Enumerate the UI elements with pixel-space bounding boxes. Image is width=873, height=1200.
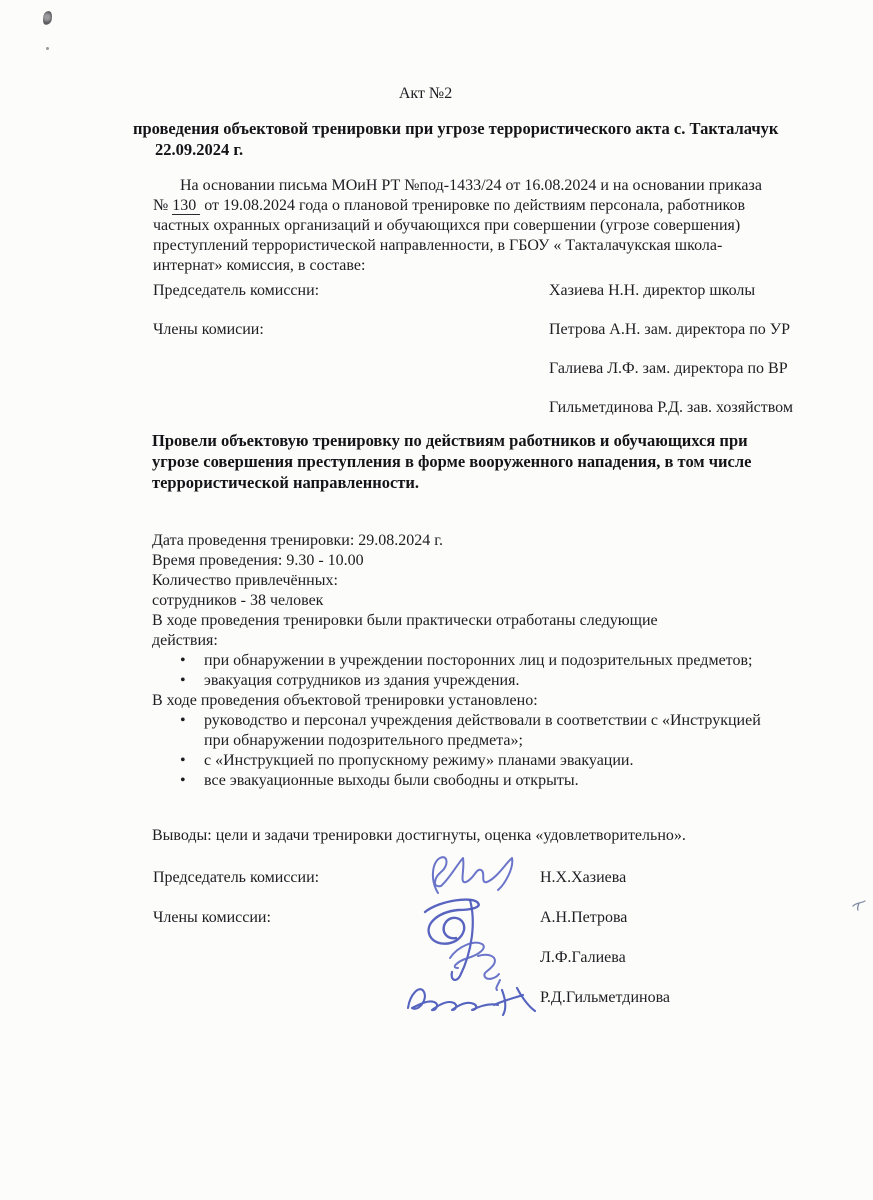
training-details: Дата проведення тренировки: 29.08.2024 г…	[152, 531, 761, 791]
member-name: Гильметдинова Р.Д. зав. хозяйством	[549, 399, 793, 416]
ink-speck	[42, 10, 54, 26]
training-time-line: Время проведения: 9.30 - 10.00	[152, 551, 761, 571]
document-title: Акт №2	[0, 84, 862, 104]
commission-row-member: Галиева Л.Ф. зам. директора по ВР	[153, 359, 793, 398]
chair-label: Председатель комиссни:	[153, 281, 549, 301]
intro-line3: частных охранных организаций и обучающих…	[153, 216, 762, 236]
worked-actions-line1: В ходе проведения тренировки были практи…	[152, 611, 761, 631]
intro-line2-pre: №	[153, 197, 172, 214]
intro-line2: № 130 от 19.08.2024 года о плановой трен…	[153, 196, 762, 216]
staff-count-line: сотрудников - 38 человек	[152, 591, 761, 611]
intro-line1: На основании письма МОиН РТ №под-1433/24…	[153, 176, 762, 196]
worked-actions-line2: действия:	[152, 631, 761, 651]
established-list-item: •с «Инструкцией по пропускному режиму» п…	[152, 751, 761, 771]
bold-statement: Провели объектовую тренировку по действи…	[152, 430, 751, 493]
subtitle-line2: 22.09.2024 г.	[133, 139, 778, 160]
intro-paragraph: На основании письма МОиН РТ №под-1433/24…	[153, 176, 762, 276]
commission-row-chair: Председатель комиссни:Хазиева Н.Н. дирек…	[153, 281, 793, 320]
document-subtitle: проведения объектовой тренировки при угр…	[133, 118, 778, 160]
statement-line3: террористической направленности.	[152, 472, 751, 493]
action-text: эвакуация сотрудников из здания учрежден…	[204, 672, 519, 689]
established-text: с «Инструкцией по пропускному режиму» пл…	[204, 752, 633, 769]
training-date-line: Дата проведення тренировки: 29.08.2024 г…	[152, 531, 761, 551]
intro-line4: преступлений террористической направленн…	[153, 236, 762, 256]
signature-cell	[400, 988, 540, 1018]
subtitle-line1: проведения объектовой тренировки при угр…	[133, 118, 778, 139]
chair-name: Хазиева Н.Н. директор школы	[549, 282, 755, 299]
established-item-continuation: при обнаружении подозрительного предмета…	[152, 731, 761, 751]
signature-cell	[400, 868, 540, 898]
established-list-item: •руководство и персонал учреждения дейст…	[152, 711, 761, 731]
sig-chair-name: Н.Х.Хазиева	[540, 868, 626, 888]
signature-row-member: Р.Д.Гильметдинова	[153, 984, 670, 1024]
established-text: все эвакуационные выходы были свободны и…	[204, 772, 579, 789]
conclusions-line: Выводы: цели и задачи тренировки достигн…	[152, 826, 686, 846]
order-number-underlined: 130	[172, 197, 200, 215]
statement-line1: Провели объектовую тренировку по действи…	[152, 430, 751, 451]
statement-line2: угрозе совершения преступления в форме в…	[152, 451, 751, 472]
signature-hazieva	[422, 854, 517, 902]
signature-row-member: Л.Ф.Галиева	[153, 944, 670, 984]
member-name: Галиева Л.Ф. зам. директора по ВР	[549, 360, 788, 377]
scanned-document-page: Акт №2 проведения объектовой тренировки …	[0, 0, 873, 1200]
action-list-item: •эвакуация сотрудников из здания учрежде…	[152, 671, 761, 691]
action-list-item: •при обнаружении в учреждении посторонни…	[152, 651, 761, 671]
bullet-icon: •	[180, 751, 204, 771]
intro-line5: интернат» комиссия, в составе:	[153, 256, 762, 276]
bullet-icon: •	[180, 671, 204, 691]
participants-count-label: Количество привлечённых:	[152, 571, 761, 591]
signature-gilmetdinova	[402, 982, 538, 1018]
ink-speck	[46, 47, 49, 50]
signature-cell	[400, 948, 540, 978]
signature-cell	[400, 908, 540, 938]
member-name: Петрова А.Н. зам. директора по УР	[549, 321, 790, 338]
signature-row-member: Члены комиссии: А.Н.Петрова	[153, 904, 670, 944]
members-label: Члены комисии:	[153, 320, 549, 340]
intro-line2-post: от 19.08.2024 года о плановой тренировке…	[200, 197, 745, 214]
sig-members-label: Члены комиссии:	[153, 908, 400, 928]
bullet-icon: •	[180, 651, 204, 671]
established-text: руководство и персонал учреждения действ…	[204, 712, 761, 729]
signature-row-chair: Председатель комиссии: Н.Х.Хазиева	[153, 864, 670, 904]
pen-mark	[851, 897, 867, 911]
bullet-icon: •	[180, 711, 204, 731]
established-intro: В ходе проведения объектовой тренировки …	[152, 691, 761, 711]
established-list-item: •все эвакуационные выходы были свободны …	[152, 771, 761, 791]
commission-row-member: Члены комисии:Петрова А.Н. зам. директор…	[153, 320, 793, 359]
commission-list: Председатель комиссни:Хазиева Н.Н. дирек…	[153, 281, 793, 437]
action-text: при обнаружении в учреждении посторонних…	[204, 652, 752, 669]
bullet-icon: •	[180, 771, 204, 791]
sig-member-name: Р.Д.Гильметдинова	[540, 988, 670, 1008]
sig-member-name: А.Н.Петрова	[540, 908, 627, 928]
sig-member-name: Л.Ф.Галиева	[540, 948, 626, 968]
signature-block: Председатель комиссии: Н.Х.Хазиева Члены…	[153, 864, 670, 1024]
sig-chair-label: Председатель комиссии:	[153, 868, 400, 888]
